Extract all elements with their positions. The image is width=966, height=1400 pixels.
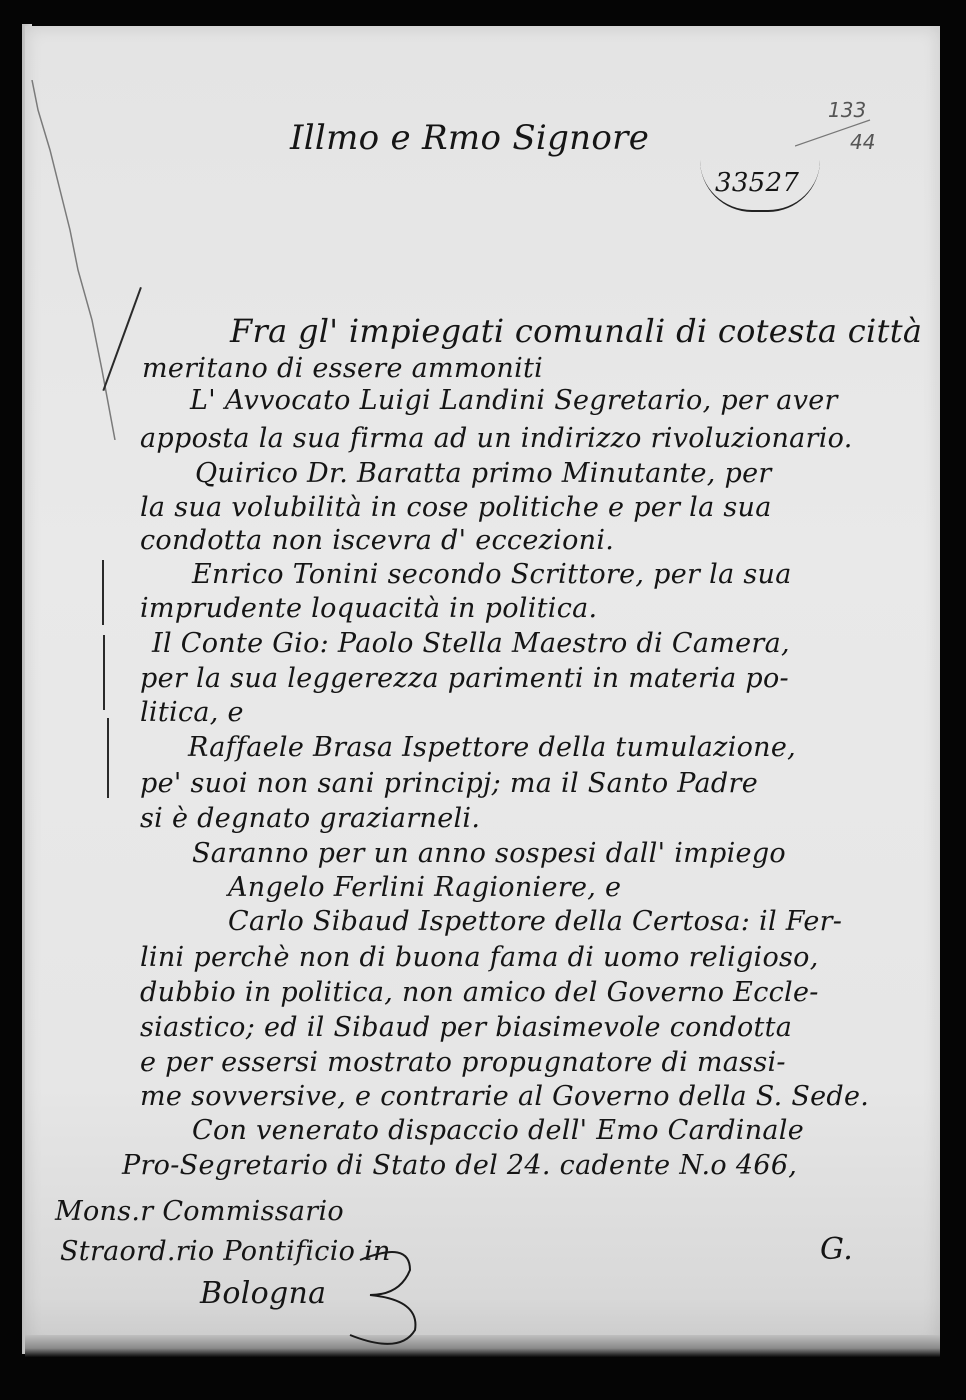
- body-line-20: dubbio in politica, non amico del Govern…: [140, 977, 819, 1008]
- body-line-18: Carlo Sibaud Ispettore della Certosa: il…: [228, 906, 842, 937]
- body-line-24: Con venerato dispaccio dell' Emo Cardina…: [192, 1115, 804, 1146]
- body-line-21: siastico; ed il Sibaud per biasimevole c…: [140, 1012, 792, 1043]
- body-line-4: apposta la sua firma ad un indirizzo riv…: [140, 423, 853, 454]
- margin-mark-2: [103, 635, 105, 710]
- body-line-25: Pro-Segretario di Stato del 24. cadente …: [122, 1150, 797, 1181]
- body-line-5: Quirico Dr. Baratta primo Minutante, per: [195, 458, 772, 489]
- body-line-15: si è degnato graziarneli.: [140, 803, 480, 834]
- body-line-14: pe' suoi non sani principj; ma il Santo …: [140, 768, 758, 799]
- addressee-flourish: [340, 1245, 430, 1355]
- body-line-22: e per essersi mostrato propugnatore di m…: [140, 1047, 786, 1078]
- margin-mark-3: [107, 718, 109, 798]
- body-line-3: L' Avvocato Luigi Landini Segretario, pe…: [190, 385, 838, 416]
- addressee-line-1: Mons.r Commissario: [55, 1196, 344, 1227]
- body-line-9: imprudente loquacità in politica.: [140, 593, 597, 624]
- body-line-10: Il Conte Gio: Paolo Stella Maestro di Ca…: [152, 628, 790, 659]
- addressee-line-3: Bologna: [200, 1276, 326, 1311]
- body-line-6: la sua volubilità in cose politiche e pe…: [140, 492, 772, 523]
- pencil-fraction-line: [795, 118, 875, 148]
- body-line-16: Saranno per un anno sospesi dall' impieg…: [192, 838, 786, 869]
- body-line-19: lini perchè non di buona fama di uomo re…: [140, 942, 819, 973]
- body-line-23: me sovversive, e contrarie al Governo de…: [140, 1081, 869, 1112]
- body-line-2: meritano di essere ammoniti: [142, 353, 543, 384]
- paper-crease: [30, 80, 120, 440]
- body-line-12: litica, e: [140, 697, 244, 728]
- margin-mark-1: [102, 560, 104, 625]
- body-line-8: Enrico Tonini secondo Scrittore, per la …: [192, 559, 792, 590]
- body-line-11: per la sua leggerezza parimenti in mater…: [140, 663, 789, 694]
- body-line-7: condotta non iscevra d' eccezioni.: [140, 525, 614, 556]
- salutation: Illmo e Rmo Signore: [290, 118, 649, 158]
- closing-mark: G.: [820, 1232, 853, 1267]
- body-line-13: Raffaele Brasa Ispettore della tumulazio…: [188, 732, 796, 763]
- body-line-1: Fra gl' impiegati comunali di cotesta ci…: [230, 312, 922, 350]
- body-line-17: Angelo Ferlini Ragioniere, e: [228, 872, 621, 903]
- folded-bottom-edge: [25, 1335, 940, 1357]
